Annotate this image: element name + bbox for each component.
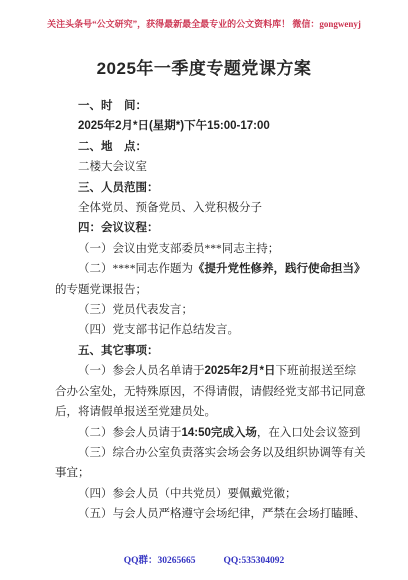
line-scope-value: 全体党员、预备党员、入党积极分子 xyxy=(55,198,365,218)
line-other-item-3: （三）综合办公室负责落实会场会务以及组织协调等有关 xyxy=(55,443,365,463)
line-other-item-1-cont-1: 合办公室处，无特殊原因，不得请假，请假经党支部书记同意 xyxy=(55,382,365,402)
document-title: 2025年一季度专题党课方案 xyxy=(0,54,408,79)
line-text: （一）参会人员名单请于 xyxy=(78,365,205,377)
lecture-title-bold-segment: 《提升党性修养，践行使命担当》 xyxy=(193,263,366,275)
line-other-item-1-cont-2: 后，将请假单报送至党建员处。 xyxy=(55,402,365,422)
line-place-heading: 二、地 点： xyxy=(55,137,365,157)
line-time-value: 2025年2月*日(星期*)下午15:00-17:00 xyxy=(55,116,365,136)
document-body: 一、时 间： 2025年2月*日(星期*)下午15:00-17:00 二、地 点… xyxy=(55,96,365,525)
line-other-item-5: （五）与会人员严格遵守会场纪律，严禁在会场打瞌睡、 xyxy=(55,504,365,524)
line-agenda-item-4: （四）党支部书记作总结发言。 xyxy=(55,320,365,340)
footer-contact: QQ群：30265665QQ:535304092 xyxy=(0,552,408,566)
qq-group-number: QQ群：30265665 xyxy=(124,556,196,566)
line-time-heading: 一、时 间： xyxy=(55,96,365,116)
line-other-item-4: （四）参会人员（中共党员）要佩戴党徽； xyxy=(55,484,365,504)
line-agenda-item-2: （二）****同志作题为《提升党性修养，践行使命担当》 xyxy=(55,259,365,279)
line-other-item-3-cont: 事宜； xyxy=(55,463,365,483)
line-text: （二）****同志作题为 xyxy=(78,263,193,275)
line-agenda-item-2-cont: 的专题党课报告； xyxy=(55,280,365,300)
line-other-item-1: （一）参会人员名单请于2025年2月*日下班前报送至综 xyxy=(55,361,365,381)
line-text: ，在入口处会议签到 xyxy=(257,427,361,439)
document-page: { "page": { "colors": { "notice_red": "#… xyxy=(0,0,408,580)
line-agenda-item-1: （一）会议由党支部委员***同志主持； xyxy=(55,239,365,259)
deadline-bold-segment: 2025年2月*日 xyxy=(205,365,276,377)
line-agenda-heading: 四：会议议程： xyxy=(55,218,365,238)
line-text: 下班前报送至综 xyxy=(275,365,356,377)
qq-number: QQ:535304092 xyxy=(224,556,285,566)
header-promo-notice: 关注头条号“公文研究”，获得最新最全最专业的公文资料库！ 微信：gongweny… xyxy=(0,17,408,30)
line-text: （二）参会人员请于 xyxy=(78,427,182,439)
line-place-value: 二楼大会议室 xyxy=(55,157,365,177)
line-scope-heading: 三、人员范围： xyxy=(55,178,365,198)
entry-time-bold-segment: 14:50完成入场 xyxy=(182,427,257,439)
line-agenda-item-3: （三）党员代表发言； xyxy=(55,300,365,320)
line-other-heading: 五、其它事项： xyxy=(55,341,365,361)
line-other-item-2: （二）参会人员请于14:50完成入场，在入口处会议签到 xyxy=(55,423,365,443)
